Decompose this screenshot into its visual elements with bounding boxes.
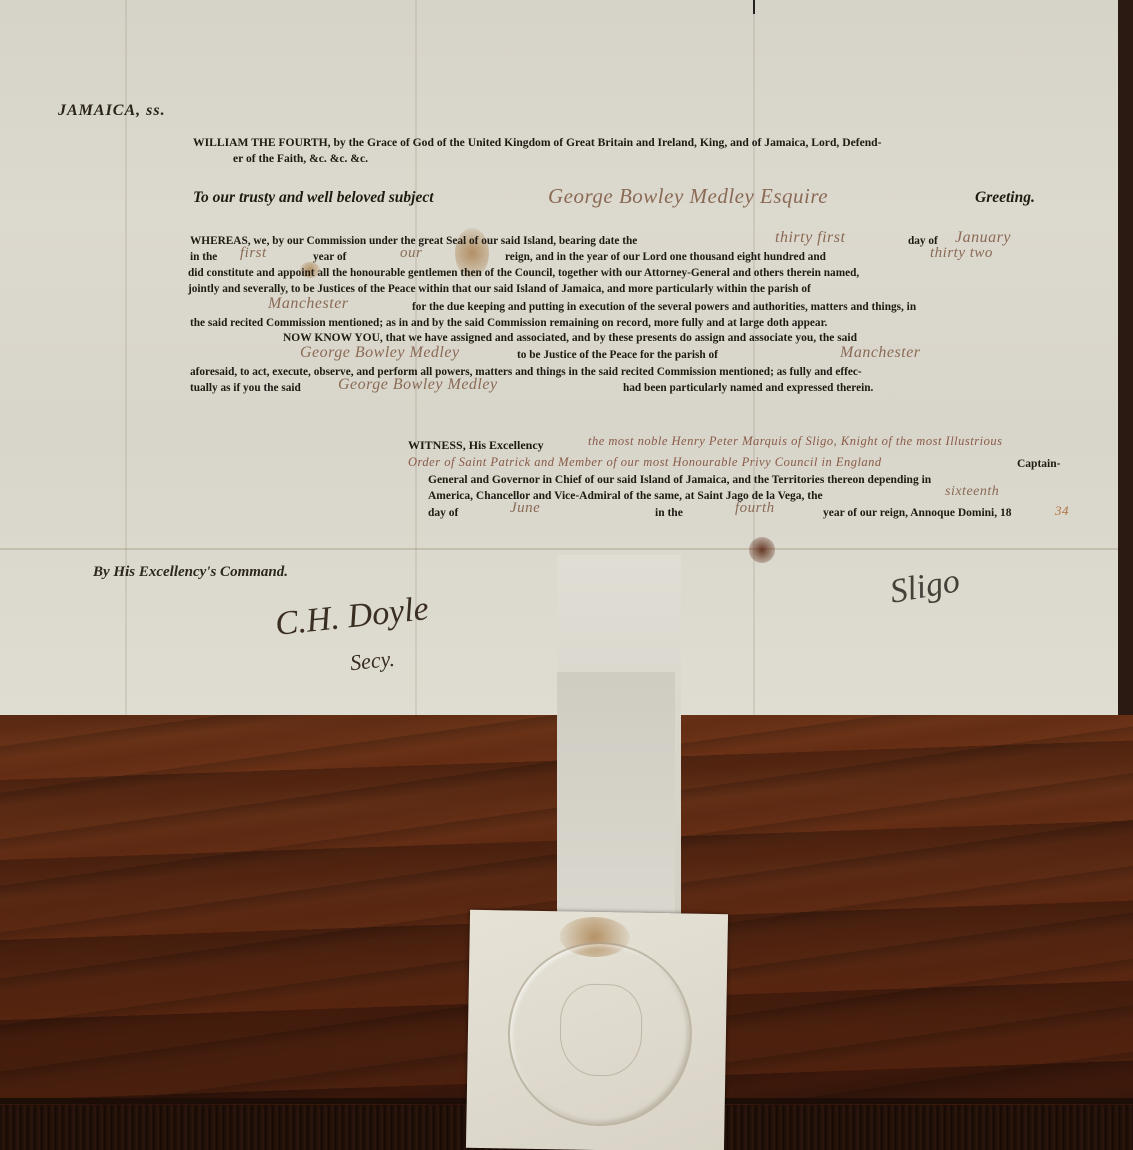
handwritten-parish: Manchester: [840, 344, 921, 362]
witness-text: year of our reign, Annoque Domini, 18: [823, 507, 1012, 519]
stain: [749, 537, 775, 563]
witness-label: WITNESS, His Excellency: [408, 438, 544, 453]
fold-line: [753, 0, 755, 715]
witness-text: in the: [655, 507, 683, 519]
handwritten-governor-title: the most noble Henry Peter Marquis of Sl…: [588, 434, 1002, 449]
handwritten-day: sixteenth: [945, 484, 999, 500]
preamble-line: WILLIAM THE FOURTH, by the Grace of God …: [193, 136, 881, 149]
paper-edge-shadow: [1118, 0, 1133, 715]
witness-text: Captain-: [1017, 458, 1060, 470]
now-know-line3: aforesaid, to act, execute, observe, and…: [190, 366, 862, 378]
secretary-signature: C.H. Doyle: [273, 590, 430, 644]
handwritten-ordinal: fourth: [735, 500, 775, 517]
coat-of-arms-emboss: [559, 983, 643, 1076]
handwritten-reign: our: [400, 245, 422, 262]
whereas-text: year of: [313, 251, 346, 263]
tear-mark: [753, 0, 755, 14]
command-label: By His Excellency's Command.: [93, 564, 288, 581]
whereas-text: in the: [190, 251, 217, 263]
preamble-text: WILLIAM THE FOURTH, by the Grace of God …: [193, 136, 881, 149]
governor-signature: Sligo: [887, 562, 962, 612]
seal-ribbon-fold: [557, 672, 675, 922]
handwritten-name: George Bowley Medley Esquire: [548, 184, 828, 209]
witness-text: day of: [428, 507, 458, 519]
whereas-line6: the said recited Commission mentioned; a…: [190, 317, 827, 329]
embossed-seal-paper: [466, 910, 728, 1150]
fold-line: [0, 548, 1118, 550]
whereas-line4: jointly and severally, to be Justices of…: [188, 283, 811, 295]
handwritten-month: June: [510, 500, 540, 517]
handwritten-name: George Bowley Medley: [300, 344, 460, 362]
whereas-line3: did constitute and appoint all the honou…: [188, 267, 859, 279]
handwritten-governor-order: Order of Saint Patrick and Member of our…: [408, 455, 882, 470]
handwritten-name: George Bowley Medley: [338, 376, 498, 394]
secretary-title: Secy.: [349, 646, 396, 677]
document-heading: JAMAICA, ss.: [58, 102, 166, 120]
handwritten-ordinal: first: [240, 245, 267, 262]
now-know-text: tually as if you the said: [190, 382, 301, 394]
now-know-line2: to be Justice of the Peace for the paris…: [517, 349, 718, 361]
whereas-text: reign, and in the year of our Lord one t…: [505, 251, 826, 263]
embossed-seal-icon: [506, 940, 693, 1127]
handwritten-year: thirty two: [930, 245, 993, 262]
salutation-prefix: To our trusty and well beloved subject: [193, 189, 434, 207]
preamble-line: er of the Faith, &c. &c. &c.: [233, 152, 368, 165]
handwritten-parish: Manchester: [268, 295, 349, 313]
now-know-line1: NOW KNOW YOU, that we have assigned and …: [283, 332, 857, 344]
salutation-suffix: Greeting.: [975, 189, 1035, 207]
handwritten-day: thirty first: [775, 229, 845, 247]
whereas-line5: for the due keeping and putting in execu…: [412, 301, 916, 313]
now-know-text: had been particularly named and expresse…: [623, 382, 873, 394]
witness-line2: General and Governor in Chief of our sai…: [428, 474, 931, 486]
handwritten-year-digits: 34: [1055, 503, 1069, 519]
